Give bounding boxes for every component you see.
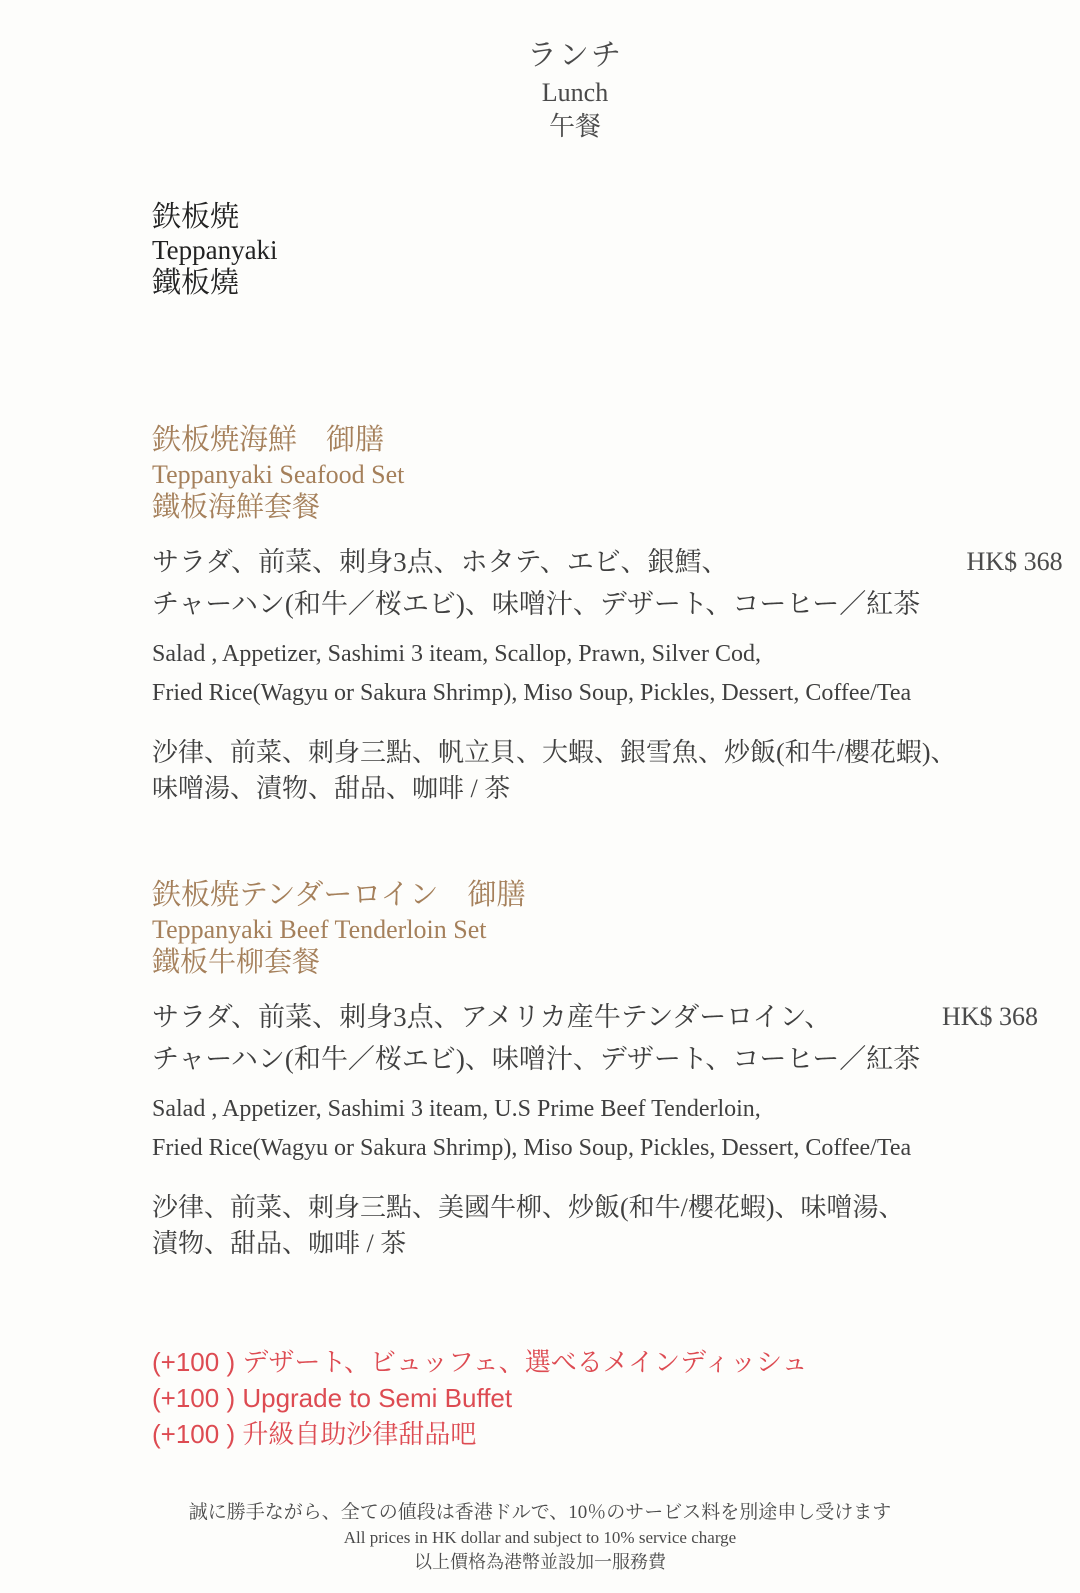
item-description-chinese: 沙律、前菜、刺身三點、美國牛柳、炒飯(和牛/櫻花蝦)、味噌湯、 漬物、甜品、咖啡… xyxy=(152,1190,932,1262)
description-line: Fried Rice(Wagyu or Sakura Shrimp), Miso… xyxy=(152,674,957,713)
upgrade-line-chinese: (+100 ) 升級自助沙律甜品吧 xyxy=(152,1416,1038,1452)
service-charge-english: All prices in HK dollar and subject to 1… xyxy=(0,1526,1080,1550)
menu-item-seafood-set: 鉄板焼海鮮 御膳 Teppanyaki Seafood Set 鐵板海鮮套餐 サ… xyxy=(152,422,1038,807)
section-name-english: Teppanyaki xyxy=(152,234,1038,266)
item-description-japanese: サラダ、前菜、刺身3点、アメリカ産牛テンダーロイン、 チャーハン(和牛／桜エビ)… xyxy=(152,996,932,1080)
item-name-english: Teppanyaki Beef Tenderloin Set xyxy=(152,914,1038,946)
section-header-teppanyaki: 鉄板焼 Teppanyaki 鐵板燒 xyxy=(152,200,1038,300)
upgrade-notice: (+100 ) デザート、ビュッフェ、選べるメインディッシュ (+100 ) U… xyxy=(152,1344,1038,1452)
service-charge-note: 誠に勝手ながら、全ての値段は香港ドルで、10％のサービス料を別途申し受けます A… xyxy=(0,1499,1080,1575)
item-body: サラダ、前菜、刺身3点、アメリカ産牛テンダーロイン、 チャーハン(和牛／桜エビ)… xyxy=(152,996,1038,1262)
service-charge-chinese: 以上價格為港幣並設加一服務費 xyxy=(0,1550,1080,1575)
item-price: HK$ 368 xyxy=(957,547,1063,577)
description-line: Fried Rice(Wagyu or Sakura Shrimp), Miso… xyxy=(152,1129,932,1168)
description-line: 沙律、前菜、刺身三點、美國牛柳、炒飯(和牛/櫻花蝦)、味噌湯、 xyxy=(152,1190,932,1226)
menu-title-chinese: 午餐 xyxy=(70,110,1080,144)
section-name-japanese: 鉄板焼 xyxy=(152,200,1038,234)
item-header: 鉄板焼海鮮 御膳 Teppanyaki Seafood Set 鐵板海鮮套餐 xyxy=(152,422,1038,525)
menu-title-english: Lunch xyxy=(70,76,1080,110)
item-price: HK$ 368 xyxy=(932,1002,1038,1032)
item-name-chinese: 鐵板牛柳套餐 xyxy=(152,946,1038,980)
item-name-japanese: 鉄板焼テンダーロイン 御膳 xyxy=(152,877,1038,914)
menu-item-beef-tenderloin-set: 鉄板焼テンダーロイン 御膳 Teppanyaki Beef Tenderloin… xyxy=(152,877,1038,1262)
description-line: チャーハン(和牛／桜エビ)、味噌汁、デザート、コーヒー／紅茶 xyxy=(152,583,957,625)
item-description: サラダ、前菜、刺身3点、アメリカ産牛テンダーロイン、 チャーハン(和牛／桜エビ)… xyxy=(152,996,932,1262)
upgrade-line-english: (+100 ) Upgrade to Semi Buffet xyxy=(152,1380,1038,1416)
description-line: サラダ、前菜、刺身3点、アメリカ産牛テンダーロイン、 xyxy=(152,996,932,1038)
menu-content: 鉄板焼 Teppanyaki 鐵板燒 鉄板焼海鮮 御膳 Teppanyaki S… xyxy=(0,200,1080,1452)
description-line: 味噌湯、漬物、甜品、咖啡 / 茶 xyxy=(152,771,957,807)
lunch-menu-page: ランチ Lunch 午餐 鉄板焼 Teppanyaki 鐵板燒 鉄板焼海鮮 御膳… xyxy=(0,0,1080,1593)
item-body: サラダ、前菜、刺身3点、ホタテ、エビ、銀鱈、 チャーハン(和牛／桜エビ)、味噌汁… xyxy=(152,541,1038,807)
upgrade-line-japanese: (+100 ) デザート、ビュッフェ、選べるメインディッシュ xyxy=(152,1344,1038,1380)
description-line: 漬物、甜品、咖啡 / 茶 xyxy=(152,1226,932,1262)
item-name-japanese: 鉄板焼海鮮 御膳 xyxy=(152,422,1038,459)
item-description: サラダ、前菜、刺身3点、ホタテ、エビ、銀鱈、 チャーハン(和牛／桜エビ)、味噌汁… xyxy=(152,541,957,807)
item-description-english: Salad , Appetizer, Sashimi 3 iteam, U.S … xyxy=(152,1090,932,1168)
item-name-chinese: 鐵板海鮮套餐 xyxy=(152,491,1038,525)
item-description-japanese: サラダ、前菜、刺身3点、ホタテ、エビ、銀鱈、 チャーハン(和牛／桜エビ)、味噌汁… xyxy=(152,541,957,625)
item-description-english: Salad , Appetizer, Sashimi 3 iteam, Scal… xyxy=(152,635,957,713)
description-line: Salad , Appetizer, Sashimi 3 iteam, Scal… xyxy=(152,635,957,674)
item-description-chinese: 沙律、前菜、刺身三點、帆立貝、大蝦、銀雪魚、炒飯(和牛/櫻花蝦)、 味噌湯、漬物… xyxy=(152,735,957,807)
description-line: サラダ、前菜、刺身3点、ホタテ、エビ、銀鱈、 xyxy=(152,541,957,583)
menu-title-japanese: ランチ xyxy=(70,36,1080,76)
item-header: 鉄板焼テンダーロイン 御膳 Teppanyaki Beef Tenderloin… xyxy=(152,877,1038,980)
item-name-english: Teppanyaki Seafood Set xyxy=(152,459,1038,491)
menu-title-block: ランチ Lunch 午餐 xyxy=(0,0,1080,144)
section-name-chinese: 鐵板燒 xyxy=(152,266,1038,300)
service-charge-japanese: 誠に勝手ながら、全ての値段は香港ドルで、10％のサービス料を別途申し受けます xyxy=(0,1499,1080,1526)
description-line: 沙律、前菜、刺身三點、帆立貝、大蝦、銀雪魚、炒飯(和牛/櫻花蝦)、 xyxy=(152,735,957,771)
description-line: チャーハン(和牛／桜エビ)、味噌汁、デザート、コーヒー／紅茶 xyxy=(152,1038,932,1080)
description-line: Salad , Appetizer, Sashimi 3 iteam, U.S … xyxy=(152,1090,932,1129)
